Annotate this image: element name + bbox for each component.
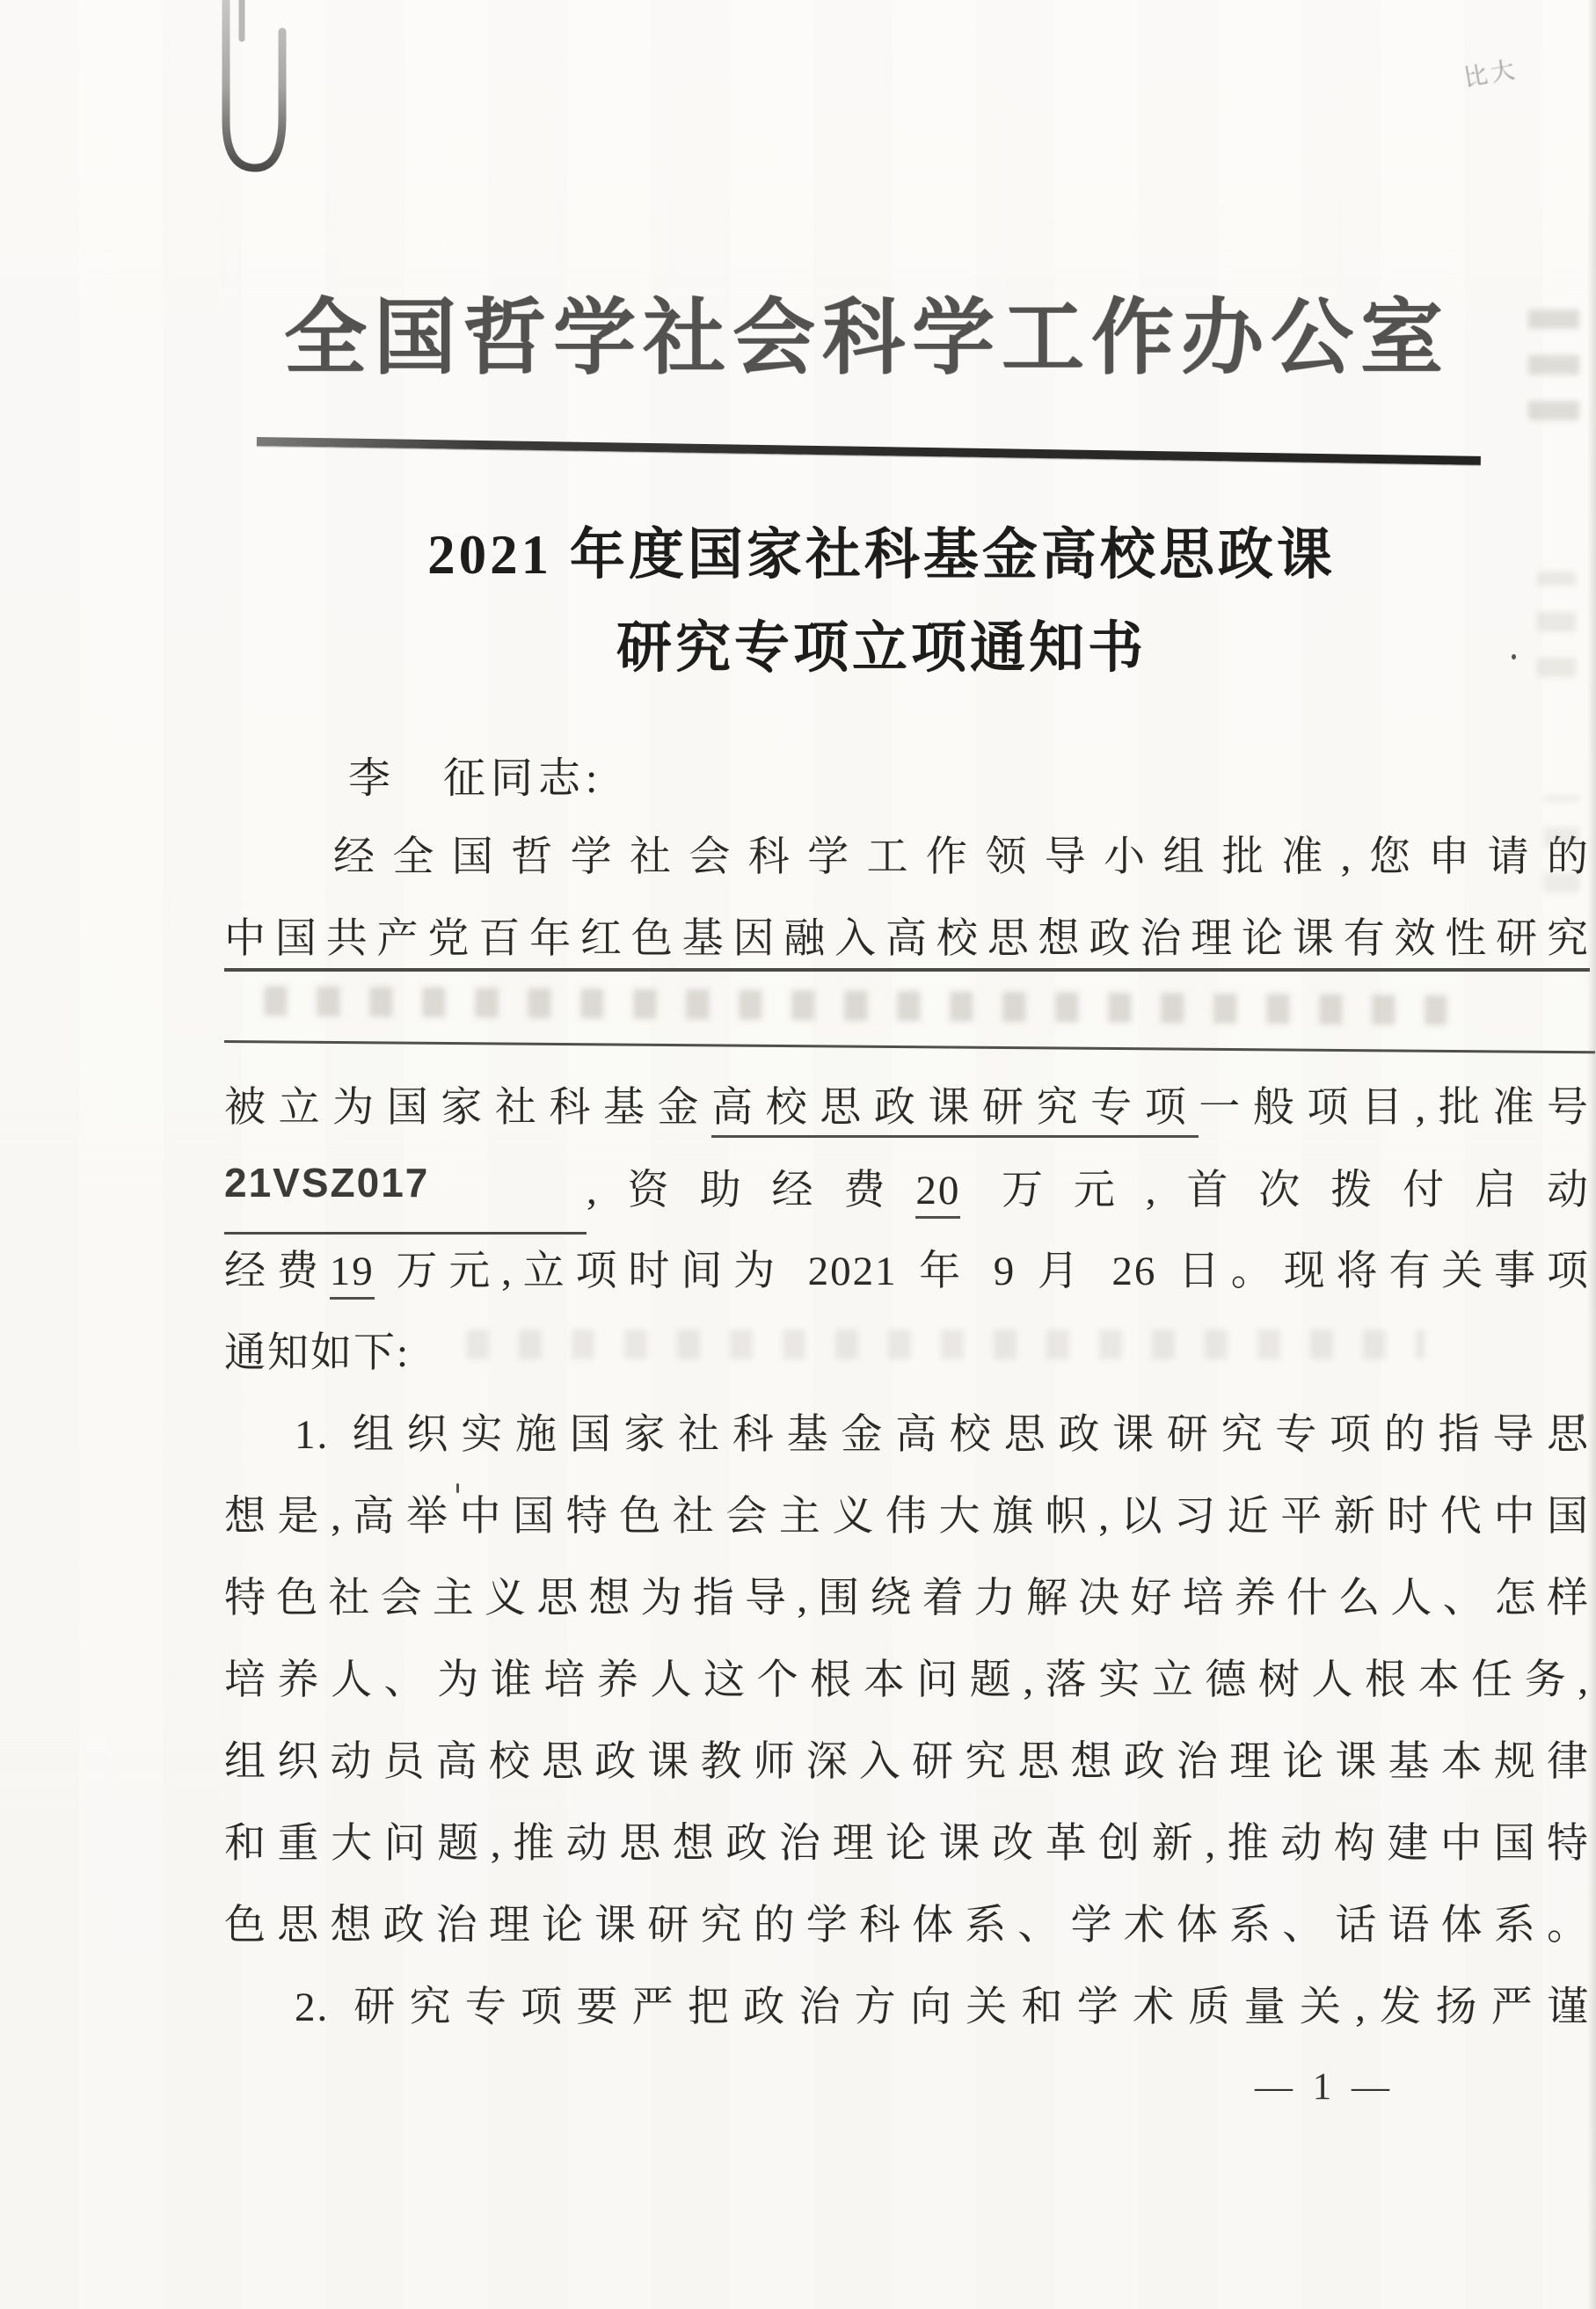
toner-speck [1580,1414,1584,1421]
bleedthrough-margin-smudge [1544,796,1579,892]
startup-prefix: 经费 [224,1249,330,1294]
approval-suffix: 一般项目,批准号 [1199,1085,1590,1131]
item1-line: 特色社会主义思想为指导,围绕着力解决好培养什么人、怎样 [224,1558,1590,1640]
letterhead-rule [257,437,1481,465]
page-number: — 1 — [224,2061,1590,2114]
startup-suffix: 万元,立项时间为 2021 年 9 月 26 日。现将有关事项 [375,1249,1590,1294]
item1-line: 组织动员高校思政课教师深入研究思想政治理论课基本规律 [224,1722,1590,1803]
bleedthrough-margin-smudge [1537,572,1576,677]
letterhead-org-name: 全国哲学社会科学工作办公室 [255,271,1479,390]
scanned-letter-page: 比大 全国哲学社会科学工作办公室 2021 年度国家社科基金高校思政课 研究专项… [0,0,1596,2309]
paperclip-icon [214,0,298,204]
document-title: 2021 年度国家社科基金高校思政课 研究专项立项通知书 [167,508,1596,695]
approval-prefix: 被立为国家社科基金 [224,1085,711,1131]
bleedthrough-ghost-row [466,1329,1425,1359]
scan-edge-shadow [1587,0,1596,2309]
intro-line: 经全国哲学社会科学工作领导小组批准,您申请的 [224,817,1590,899]
startup-amount: 19 [330,1249,375,1300]
funding-prefix: ,资助经费 [587,1168,915,1213]
project-title-underlined: 中国共产党百年红色基因融入高校思想政治理论课有效性研究 [224,916,1590,972]
item1-line: 色思想政治理论课研究的学科体系、学术体系、话语体系。 [224,1885,1590,1967]
letter-body: 经全国哲学社会科学工作领导小组批准,您申请的 中国共产党百年红色基因融入高校思想… [224,817,1590,2114]
bleedthrough-margin-smudge [1528,292,1579,420]
bleedthrough-ghost-row [264,986,1447,1025]
toner-speck [456,1483,459,1493]
item1-line: 培养人、为谁培养人这个根本问题,落实立德树人根本任务, [224,1640,1590,1722]
item1-line: 1. 组织实施国家社科基金高校思政课研究专项的指导思 [224,1395,1590,1476]
funding-suffix: 万元,首次拨付启动 [960,1168,1590,1213]
item1-line: 想是,高举中国特色社会主义伟大旗帜,以习近平新时代中国 [224,1476,1590,1558]
grant-number-line: 21VSZ017,资助经费20 万元,首次拨付启动 [224,1149,1590,1231]
toner-speck [1512,654,1516,659]
item1-line: 和重大问题,推动思想政治理论课改革创新,推动构建中国特 [224,1803,1590,1885]
project-title-line: 中国共产党百年红色基因融入高校思想政治理论课有效性研究 [224,899,1590,980]
approval-underlined-segment: 高校思政课研究专项 [711,1085,1199,1138]
grant-number: 21VSZ017 [224,1160,429,1205]
funding-amount: 20 [915,1168,960,1219]
blank-continuation-rule [224,980,1596,1053]
handwritten-corner-mark: 比大 [1461,50,1520,93]
document-title-line1: 2021 年度国家社科基金高校思政课 [167,508,1596,601]
startup-funding-line: 经费19 万元,立项时间为 2021 年 9 月 26 日。现将有关事项 [224,1231,1590,1313]
document-title-line2: 研究专项立项通知书 [167,601,1596,695]
grant-number-blank: 21VSZ017 [224,1149,587,1235]
item2-line: 2. 研究专项要严把政治方向关和学术质量关,发扬严谨 [224,1967,1590,2049]
salutation: 李 征同志: [348,744,602,805]
approval-line: 被立为国家社科基金高校思政课研究专项一般项目,批准号 [224,1067,1590,1149]
